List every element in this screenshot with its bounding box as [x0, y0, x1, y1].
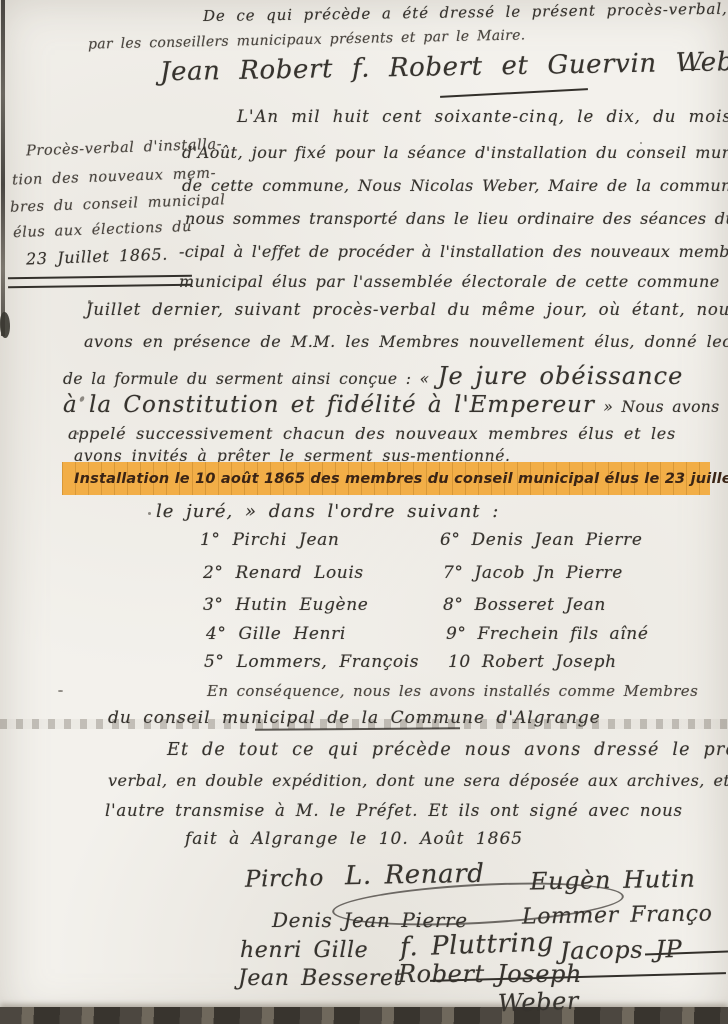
signature-pluttring: f. Pluttring: [400, 927, 555, 962]
body-line1: L'An mil huit cent soixante-cinq, le dix…: [237, 107, 728, 126]
highlight-annotation-band: Installation le 10 août 1865 des membres…: [62, 462, 710, 495]
member-left-3: 3° Hutin Eugène: [203, 595, 368, 615]
highlight-annotation-text: Installation le 10 août 1865 des membres…: [62, 471, 728, 487]
body-line2: d'Août, jour fixé pour la séance d'insta…: [182, 143, 728, 162]
signature-lommer: Lommer Franço: [522, 901, 713, 929]
member-left-2: 2° Renard Louis: [203, 563, 364, 583]
closing-line3: Et de tout ce qui précède nous avons dre…: [167, 740, 728, 760]
member-right-10: 10 Robert Joseph: [448, 652, 617, 672]
body-line3: de cette commune, Nous Nicolas Weber, Ma…: [182, 176, 728, 195]
scan-edge-streak: [1, 0, 5, 336]
top-signature: Jean Robert f. Robert et Guervin Weber: [160, 47, 728, 88]
margin-note-line5: 23 Juillet 1865.: [26, 245, 168, 269]
oath-outro: » Nous avons: [603, 398, 719, 416]
signature-underline: [440, 88, 588, 98]
scan-ink-blob: [0, 312, 10, 338]
scan-bottom-edge: [0, 1007, 728, 1024]
body-line11: appelé successivement chacun des nouveau…: [68, 424, 676, 443]
commune-underline: [255, 727, 460, 730]
top-signature-dash: —: [683, 58, 702, 79]
member-right-6: 6° Denis Jean Pierre: [440, 530, 643, 550]
margin-note-line4: élus aux élections du: [13, 219, 193, 241]
member-left-1: 1° Pirchi Jean: [200, 530, 339, 550]
signature-pircho: Pircho: [245, 865, 324, 892]
body-line7: Juillet dernier, suivant procès-verbal d…: [86, 300, 728, 319]
oath-big-part2: à la Constitution et fidélité à l'Empere…: [63, 392, 595, 418]
paper-speck: [58, 690, 63, 692]
signature-gille: henri Gille: [240, 938, 368, 963]
closing-line4: verbal, en double expédition, dont une s…: [108, 771, 728, 790]
member-right-8: 8° Bosseret Jean: [443, 595, 606, 615]
paper-speck: [148, 512, 151, 515]
signature-denis: Denis Jean Pierre: [272, 908, 468, 932]
body-line10: à la Constitution et fidélité à l'Empere…: [63, 392, 720, 418]
member-left-4: 4° Gille Henri: [206, 624, 346, 644]
body-line4: nous sommes transporté dans le lieu ordi…: [185, 209, 728, 228]
oath-intro: de la formule du serment ainsi conçue : …: [63, 370, 430, 388]
closing-line5: l'autre transmise à M. le Préfet. Et ils…: [105, 801, 683, 820]
closing-line2: du conseil municipal de la Commune d'Alg…: [108, 708, 601, 728]
body-line5: -cipal à l'effet de procéder à l'install…: [179, 242, 728, 261]
top-paragraph-line1: De ce qui précède a été dressé le présen…: [203, 0, 728, 25]
body-line8: avons en présence de M.M. les Membres no…: [84, 332, 728, 351]
top-paragraph-line2: par les conseillers municipaux présents …: [88, 27, 526, 52]
signature-weber: Weber: [498, 987, 580, 1018]
member-left-5: 5° Lommers, François: [204, 652, 419, 672]
body-line6: municipal élus par l'assemblée électoral…: [179, 272, 728, 291]
oath-big-part1: Je jure obéissance: [438, 362, 683, 390]
signature-robert: Robert Joseph: [398, 960, 582, 988]
closing-line1: En conséquence, nous les avons installés…: [207, 682, 698, 700]
member-right-7: 7° Jacob Jn Pierre: [443, 563, 623, 583]
signature-besseret: Jean Besseret: [238, 966, 403, 991]
scanned-document-page: De ce qui précède a été dressé le présen…: [0, 0, 728, 1024]
member-right-9: 9° Frechein fils aîné: [446, 624, 649, 644]
body-line9: de la formule du serment ainsi conçue : …: [63, 362, 683, 390]
order-intro: le juré, » dans l'ordre suivant :: [156, 501, 499, 522]
closing-line6: fait à Algrange le 10. Août 1865: [185, 829, 523, 849]
margin-note-underline: [8, 275, 192, 289]
